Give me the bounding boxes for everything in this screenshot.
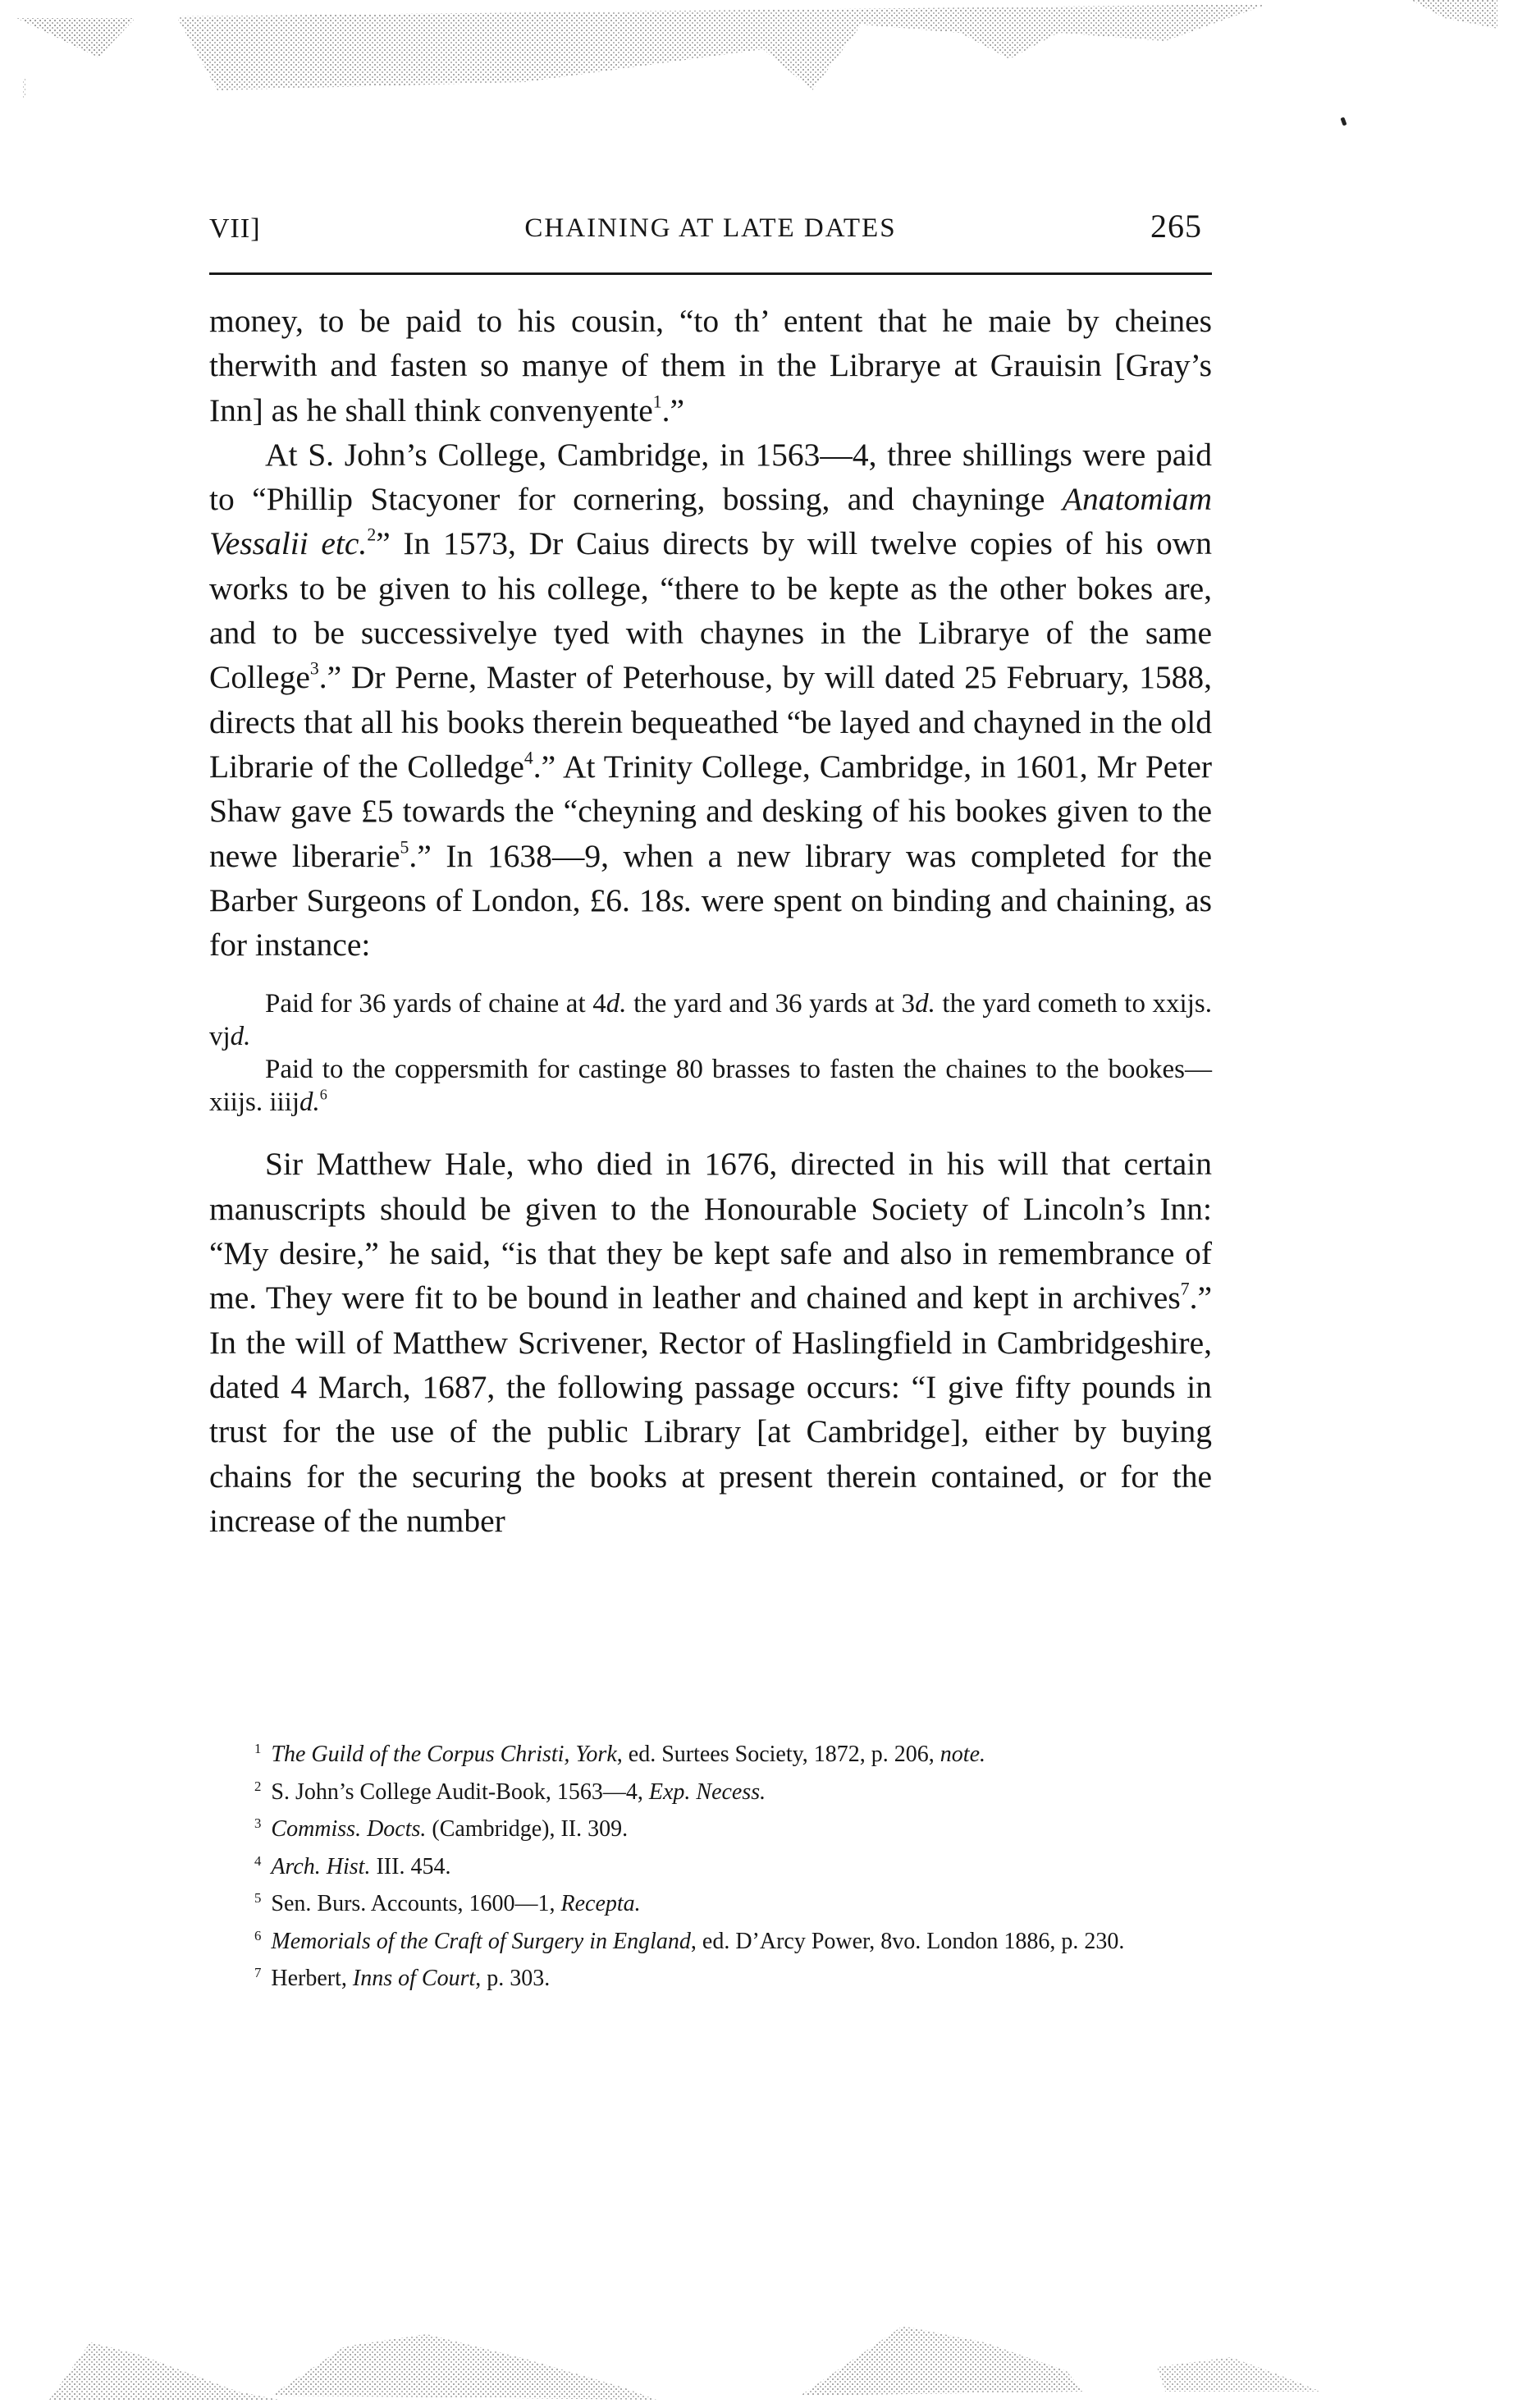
footnote-6: 6Memorials of the Craft of Surgery in En… — [209, 1920, 1212, 1958]
footnote-ref-5: 5 — [400, 837, 409, 857]
paragraph-3: Sir Matthew Hale, who died in 1676, dire… — [209, 1142, 1212, 1543]
quote-line-1: Paid for 36 yards of chaine at 4d. the y… — [209, 987, 1212, 1053]
running-title: CHAINING AT LATE DATES — [209, 213, 1212, 244]
footnote-ref-3: 3 — [310, 659, 319, 679]
footnote-ref-1: 1 — [653, 391, 662, 411]
footnote-ref-6: 6 — [320, 1087, 327, 1103]
block-quote: Paid for 36 yards of chaine at 4d. the y… — [209, 987, 1212, 1119]
running-head: VII] CHAINING AT LATE DATES 265 — [209, 207, 1212, 253]
footnote-ref-2: 2 — [367, 525, 376, 545]
paragraph-1: money, to be paid to his cousin, “to th’… — [209, 299, 1212, 433]
scan-speck — [1340, 117, 1346, 126]
body-text: money, to be paid to his cousin, “to th’… — [209, 299, 1212, 1543]
footnote-5: 5Sen. Burs. Accounts, 1600—1, Recepta. — [209, 1883, 1212, 1920]
footnote-4: 4Arch. Hist. III. 454. — [209, 1846, 1212, 1884]
quote-line-2: Paid to the coppersmith for castinge 80 … — [209, 1053, 1212, 1119]
footnote-ref-7: 7 — [1181, 1280, 1190, 1299]
footnote-7: 7Herbert, Inns of Court, p. 303. — [209, 1957, 1212, 1995]
footnote-1: 1The Guild of the Corpus Christi, York, … — [209, 1733, 1212, 1771]
page-number: 265 — [1150, 207, 1202, 245]
scan-edge-shadow-bottom — [0, 2310, 1527, 2408]
header-rule — [209, 272, 1212, 275]
book-page: VII] CHAINING AT LATE DATES 265 money, t… — [209, 207, 1212, 253]
footnote-ref-4: 4 — [524, 748, 533, 768]
footnotes: 1The Guild of the Corpus Christi, York, … — [209, 1733, 1212, 1995]
footnote-2: 2S. John’s College Audit-Book, 1563—4, E… — [209, 1771, 1212, 1809]
scan-edge-shadow-top — [0, 0, 1527, 98]
paragraph-2: At S. John’s College, Cambridge, in 1563… — [209, 433, 1212, 968]
footnote-3: 3Commiss. Docts. (Cambridge), II. 309. — [209, 1808, 1212, 1846]
